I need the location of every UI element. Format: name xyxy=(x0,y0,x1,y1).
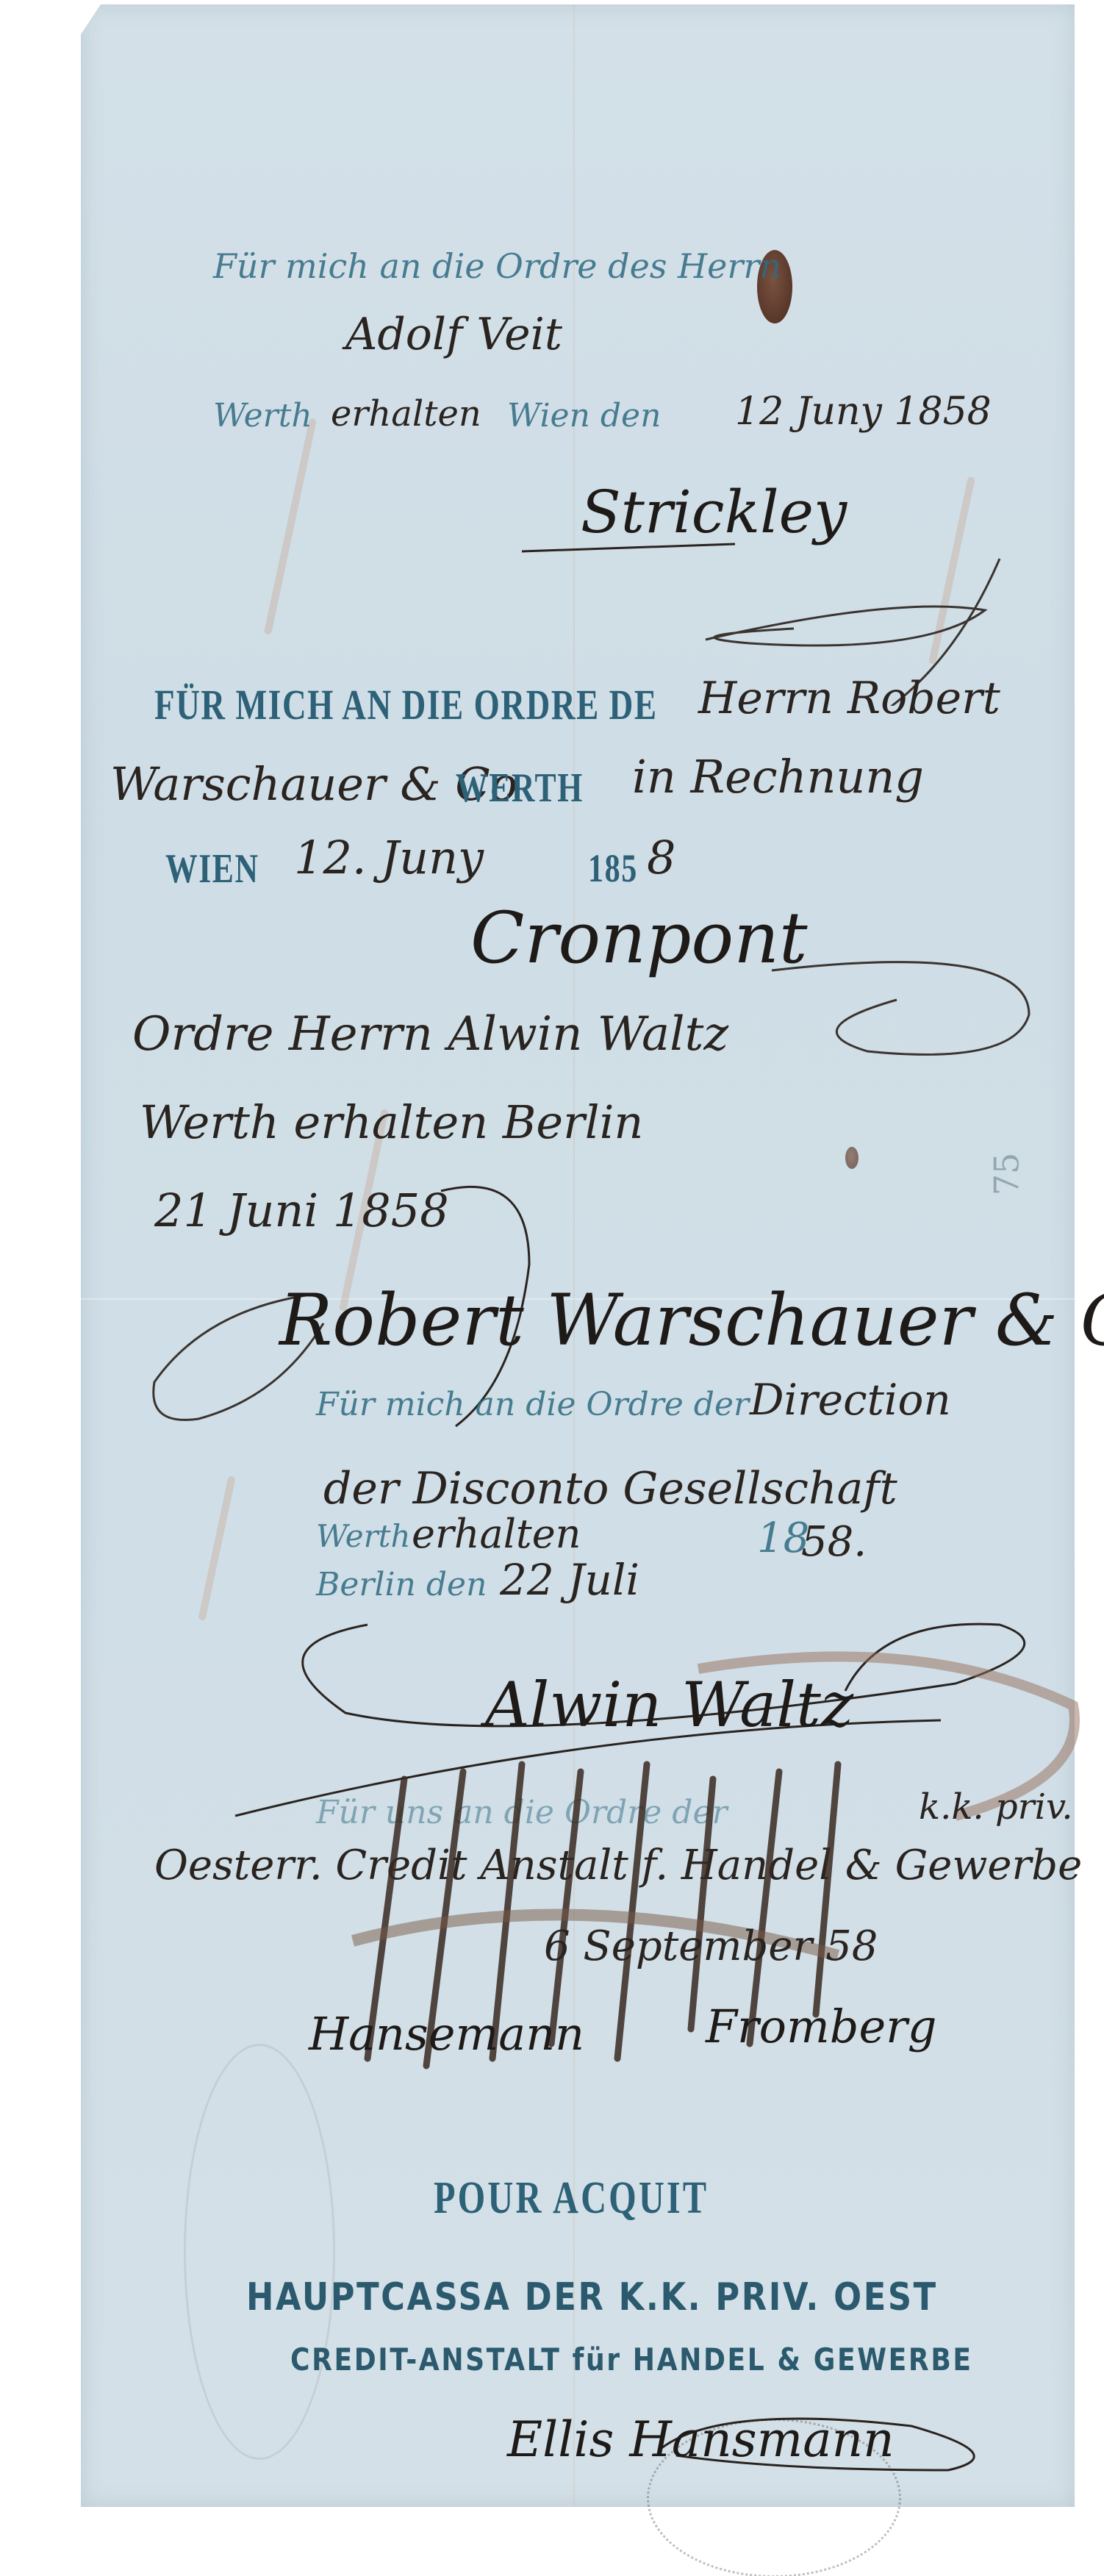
stamp-hauptcassa: HAUPTCASSA DER K.K. PRIV. OEST xyxy=(246,2275,938,2319)
endorsement-1-erhalten: erhalten xyxy=(331,393,481,434)
endorsement-2-year-digit: 8 xyxy=(647,831,675,884)
receipt-signature: Ellis Hansmann xyxy=(507,2411,895,2468)
endorsement-1-place: Wien den xyxy=(507,397,661,434)
endorsement-5-signature-right: Fromberg xyxy=(706,2000,936,2053)
stamp-wien: WIEN xyxy=(165,845,259,892)
endorsement-5-payee-line1: k.k. priv. xyxy=(919,1786,1073,1828)
endorsement-4-date: 22 Juli xyxy=(500,1555,639,1605)
endorsement-1-date: 12 Juny 1858 xyxy=(735,390,992,434)
signature-flourish xyxy=(750,926,1088,1073)
endorsement-1-printed-line: Für mich an die Ordre des Herrn xyxy=(213,246,781,286)
endorsement-4-signature: Alwin Waltz xyxy=(485,1669,853,1741)
endorsement-4-werth: Werth xyxy=(316,1518,411,1554)
stamp-year: 185 xyxy=(588,845,638,891)
ink-stain xyxy=(264,418,317,635)
endorsement-1-werth: Werth xyxy=(213,397,312,434)
endorsement-4-erhalten: erhalten xyxy=(412,1511,581,1557)
endorsement-5-date: 6 September 58 xyxy=(544,1922,878,1970)
ink-blot xyxy=(845,1147,859,1169)
endorsement-4-payee-line1: Direction xyxy=(750,1375,951,1425)
endorsement-2-date: 12. Juny xyxy=(294,831,484,884)
stamp-werth: WERTH xyxy=(456,765,584,812)
endorsement-4-year-hand: 58. xyxy=(801,1518,867,1566)
endorsement-1-payee: Adolf Veit xyxy=(345,309,562,360)
ink-stain xyxy=(198,1475,235,1621)
endorsement-3-signature: Robert Warschauer & Co xyxy=(279,1279,1104,1362)
endorsement-4-place: Berlin den xyxy=(316,1566,487,1603)
fold-line xyxy=(573,4,575,2507)
endorsement-2-in-rechnung: in Rechnung xyxy=(632,750,924,804)
endorsement-4-printed-line1: Für mich an die Ordre der xyxy=(316,1386,749,1423)
endorsement-5-signature-left: Hansemann xyxy=(309,2007,584,2061)
endorsement-2-payee-line1: Herrn Robert xyxy=(698,673,1000,724)
stamp-pour-acquit: POUR ACQUIT xyxy=(434,2172,709,2225)
endorsement-3-line1: Ordre Herrn Alwin Waltz xyxy=(132,1007,728,1062)
margin-number: 75 xyxy=(986,1153,1026,1196)
faint-oval-seal xyxy=(184,2044,335,2460)
endorsement-4-payee-line2: der Disconto Gesellschaft xyxy=(323,1463,897,1514)
signature-flourish xyxy=(515,471,1088,706)
stamp-fur-mich-an-die-ordre: FÜR MICH AN DIE ORDRE DE xyxy=(154,680,658,729)
endorsement-3-line2: Werth erhalten Berlin xyxy=(140,1095,643,1149)
